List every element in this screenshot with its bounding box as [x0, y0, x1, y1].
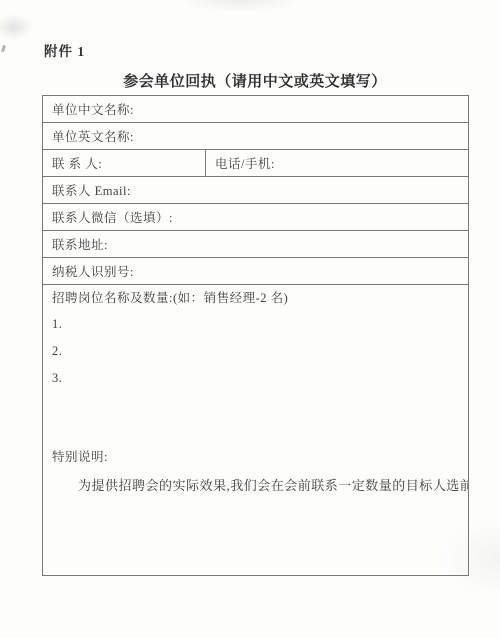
scan-artifact-mark [1, 45, 6, 53]
field-address: 联系地址: [43, 231, 469, 258]
field-email: 联系人 Email: [43, 177, 469, 204]
field-wechat: 联系人微信（选填）: [43, 204, 469, 231]
field-phone: 电话/手机: [206, 150, 469, 177]
field-unit-name-en: 单位英文名称: [43, 123, 469, 150]
field-unit-name-cn: 单位中文名称: [43, 96, 469, 123]
special-note-title: 特别说明: [52, 444, 462, 470]
table-row: 单位中文名称: [43, 96, 469, 123]
document-page: 附件 1 参会单位回执（请用中文或英文填写） 单位中文名称: 单位英文名称: 联… [0, 0, 500, 638]
position-item: 1. [52, 311, 462, 338]
position-item: 2. [52, 338, 462, 365]
attachment-label: 附件 1 [44, 40, 85, 60]
special-note-body: 为提供招聘会的实际效果,我们会在会前联系一定数量的目标人选前来参会。请您务必将英… [52, 472, 462, 499]
scan-smudge [0, 14, 34, 40]
table-row: 联 系 人: 电话/手机: [43, 150, 469, 177]
position-item: 3. [52, 365, 462, 392]
table-row: 联系地址: [43, 231, 469, 258]
field-taxpayer-id: 纳税人识别号: [43, 258, 469, 285]
positions-and-notes-cell: 招聘岗位名称及数量:(如：销售经理-2 名) 1. 2. 3. 特别说明: 为提… [43, 285, 469, 576]
page-title: 参会单位回执（请用中文或英文填写） [42, 70, 468, 91]
positions-header: 招聘岗位名称及数量:(如：销售经理-2 名) [52, 285, 462, 311]
table-row: 联系人微信（选填）: [43, 204, 469, 231]
table-row: 单位英文名称: [43, 123, 469, 150]
reply-form-table: 单位中文名称: 单位英文名称: 联 系 人: 电话/手机: 联系人 Email:… [42, 95, 469, 576]
table-row: 招聘岗位名称及数量:(如：销售经理-2 名) 1. 2. 3. 特别说明: 为提… [43, 285, 469, 576]
field-contact-person: 联 系 人: [43, 150, 206, 177]
table-row: 纳税人识别号: [43, 258, 469, 285]
blank-fill-space [52, 392, 462, 444]
scan-smudge [180, 0, 300, 12]
table-row: 联系人 Email: [43, 177, 469, 204]
